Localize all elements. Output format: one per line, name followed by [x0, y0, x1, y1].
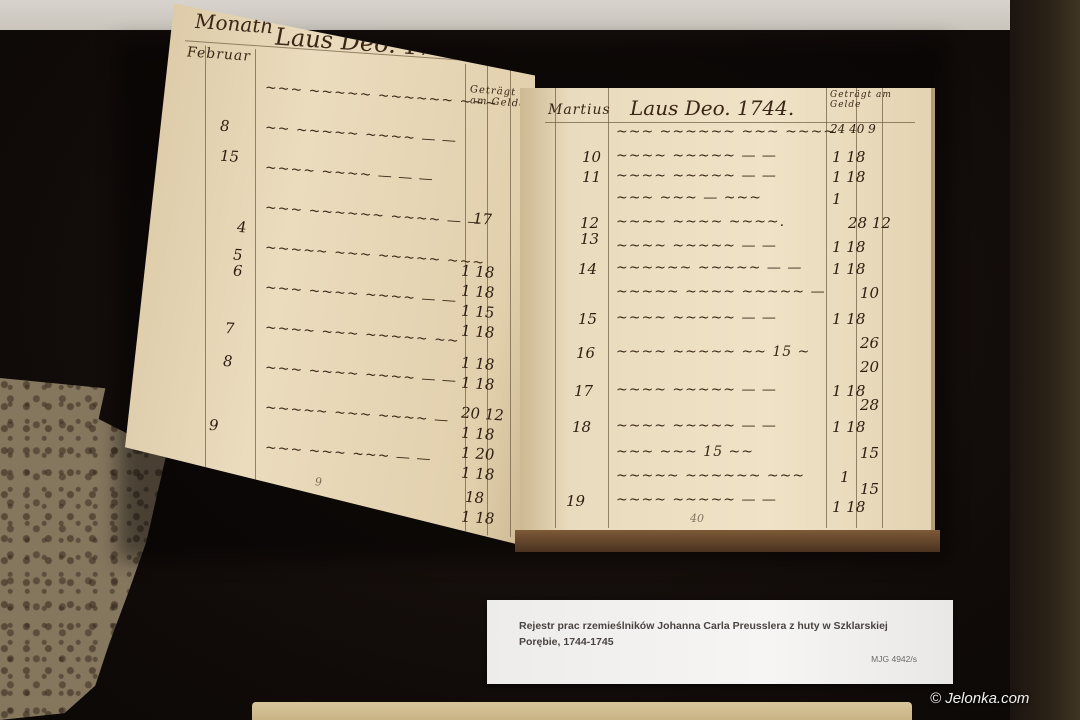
amount: 1 18 [832, 238, 865, 256]
amount: 1 18 [832, 418, 865, 436]
amount: 1 [840, 468, 850, 486]
exhibit-label-card: Rejestr prac rzemieślników Johanna Carla… [487, 600, 953, 684]
amount: 1 20 [461, 443, 494, 463]
day-number: 7 [225, 319, 235, 338]
amount: 1 15 [461, 301, 494, 321]
amount: 20 12 [461, 403, 504, 424]
page-number: 40 [690, 512, 704, 525]
book-page-edges [515, 530, 940, 552]
amount: 1 18 [461, 281, 494, 301]
amount: 1 18 [461, 423, 494, 443]
day-number: 11 [582, 168, 601, 186]
right-month-header: Martius [548, 102, 611, 118]
amount: 1 18 [832, 260, 865, 278]
exhibit-label-title: Rejestr prac rzemieślników Johanna Carla… [519, 618, 929, 650]
day-number: 4 [237, 218, 247, 237]
day-number: 8 [220, 117, 230, 136]
amount: 15 [860, 444, 879, 462]
day-number: 9 [209, 416, 219, 435]
page-number: 9 [315, 475, 322, 488]
amount: 1 18 [461, 321, 494, 341]
amount: 1 18 [461, 373, 494, 393]
day-number: 14 [578, 260, 597, 278]
day-number: 17 [574, 382, 593, 400]
amount: 1 18 [461, 463, 494, 483]
day-number: 16 [576, 344, 595, 362]
day-number: 8 [223, 352, 233, 371]
day-number: 18 [572, 418, 591, 436]
ledger-right-page: Martius Laus Deo. 1744. Geträgt am Gelde… [520, 88, 935, 538]
right-page-title: Laus Deo. 1744. [630, 96, 794, 120]
amount: 1 18 [832, 498, 865, 516]
amount: 28 [860, 396, 879, 414]
amount: 28 12 [848, 214, 891, 232]
day-number: 15 [220, 147, 239, 166]
amount: 1 18 [832, 148, 865, 166]
display-case-top-wall [0, 0, 1010, 30]
amount: 1 18 [461, 261, 494, 281]
amount: 26 [860, 334, 879, 352]
copyright-watermark: © Jelonka.com [930, 690, 1029, 707]
right-amount-header: Geträgt am Gelde [830, 90, 900, 110]
amount: 10 [860, 284, 879, 302]
amount: 1 18 [461, 353, 494, 373]
display-case-right-frame [1010, 0, 1080, 720]
day-number: 10 [582, 148, 601, 166]
day-number: 13 [580, 230, 599, 248]
day-number: 15 [578, 310, 597, 328]
amount: 1 18 [461, 507, 494, 527]
document-edge-bottom [252, 702, 912, 720]
amount: 17 [473, 209, 492, 228]
day-number: 6 [233, 262, 243, 281]
amount: 20 [860, 358, 879, 376]
amount: 15 [860, 480, 879, 498]
amount: 1 18 [832, 168, 865, 186]
exhibit-catalog-id: MJG 4942/s [871, 654, 917, 664]
amount: 1 18 [832, 310, 865, 328]
carryover-amount: 24 40 9 [830, 122, 876, 136]
museum-scene: Monath Laus Deo. 1744. Februar Geträgt a… [0, 0, 1080, 720]
amount: 1 [832, 190, 842, 208]
amount: 18 [465, 488, 484, 507]
left-month-label: Februar [187, 44, 251, 64]
day-number: 19 [566, 492, 585, 510]
